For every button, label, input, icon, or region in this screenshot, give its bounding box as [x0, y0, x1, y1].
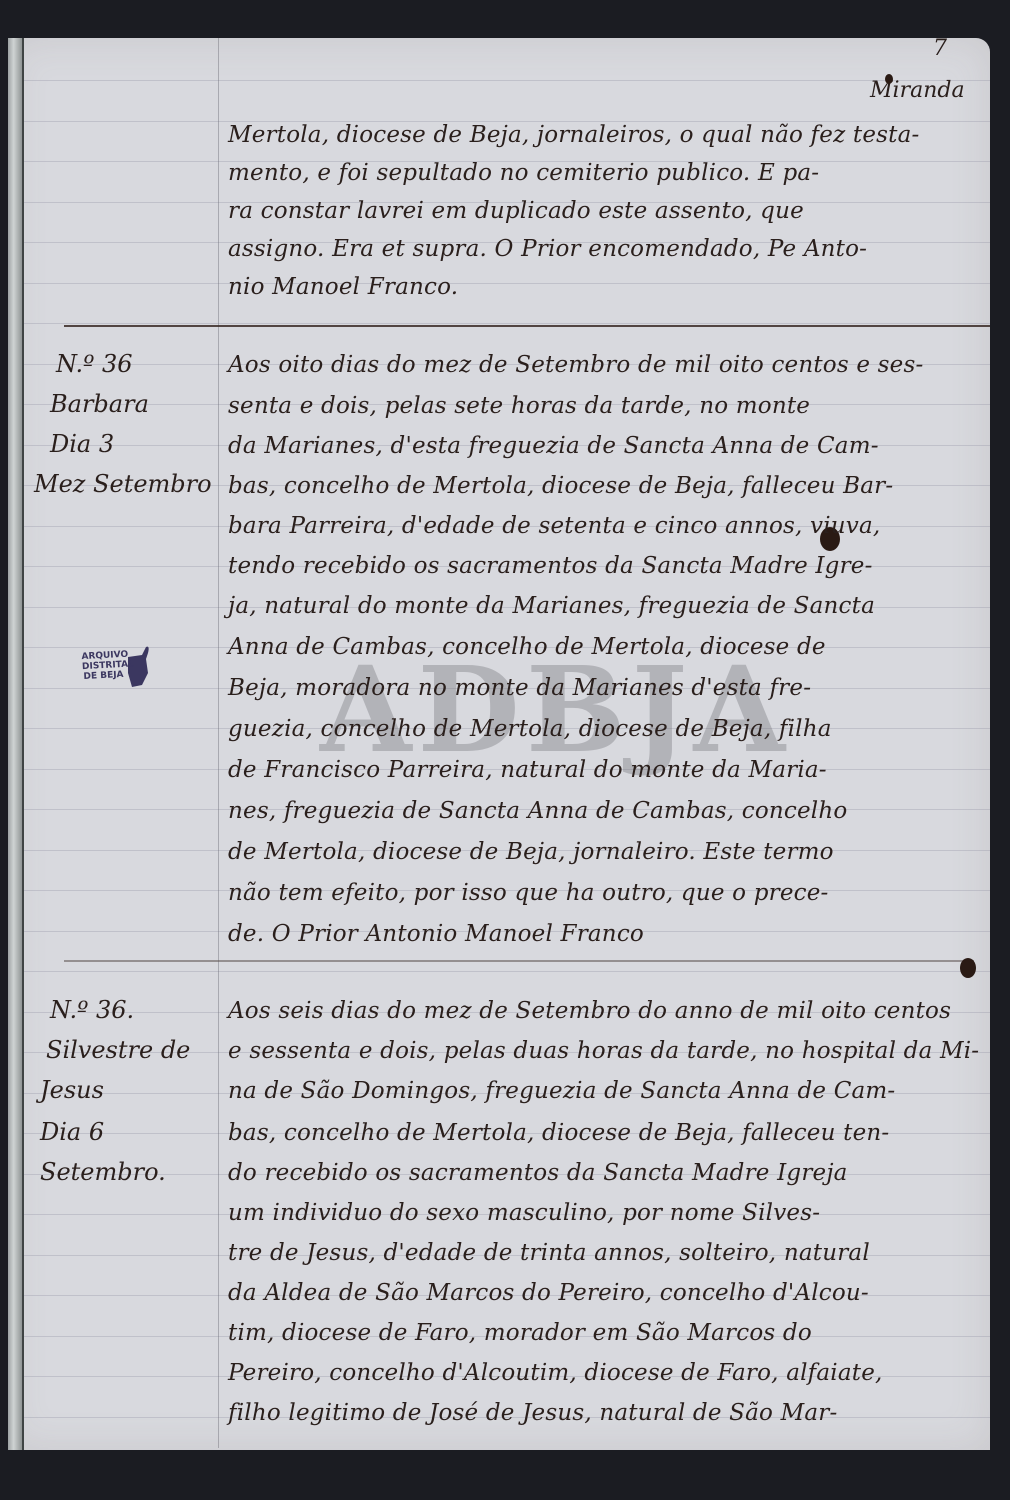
- text-line: da Marianes, d'esta freguezia de Sancta …: [228, 433, 879, 459]
- text-line: da Aldea de São Marcos do Pereiro, conce…: [228, 1280, 869, 1306]
- entry-name: Barbara: [50, 390, 149, 418]
- text-line: Anna de Cambas, concelho de Mertola, dio…: [228, 634, 826, 660]
- header-name: Miranda: [870, 78, 965, 103]
- entry-number: N.º 36.: [50, 996, 134, 1024]
- book-binding-edge: [8, 38, 22, 1450]
- text-line: assigno. Era et supra. O Prior encomenda…: [228, 236, 867, 262]
- entry-number: N.º 36: [56, 350, 133, 378]
- section-divider: [64, 325, 990, 327]
- text-line: bas, concelho de Mertola, diocese de Bej…: [228, 473, 893, 499]
- text-line: filho legitimo de José de Jesus, natural…: [228, 1400, 837, 1426]
- ruled-line: [24, 80, 990, 81]
- text-line: tim, diocese de Faro, morador em São Mar…: [228, 1320, 812, 1346]
- text-line: de Francisco Parreira, natural do monte …: [228, 757, 827, 783]
- text-line: na de São Domingos, freguezia de Sancta …: [228, 1078, 895, 1104]
- text-line: ja, natural do monte da Marianes, fregue…: [228, 593, 875, 619]
- text-line: e sessenta e dois, pelas duas horas da t…: [228, 1038, 979, 1064]
- text-line: nio Manoel Franco.: [228, 274, 458, 300]
- entry-name-cont: Jesus: [40, 1076, 104, 1104]
- archive-stamp: ARQUIVO DISTRITAL DE BEJA: [82, 640, 162, 692]
- ink-blot: [960, 958, 976, 978]
- text-line: bara Parreira, d'edade de setenta e cinc…: [228, 513, 880, 539]
- text-line: Pereiro, concelho d'Alcoutim, diocese de…: [228, 1360, 883, 1386]
- text-line: mento, e foi sepultado no cemiterio publ…: [228, 160, 819, 186]
- text-line: senta e dois, pelas sete horas da tarde,…: [228, 393, 810, 419]
- entry-name: Silvestre de: [46, 1036, 190, 1064]
- margin-line: [218, 38, 219, 1448]
- page-number: 7: [933, 36, 947, 61]
- text-line: guezia, concelho de Mertola, diocese de …: [228, 716, 832, 742]
- text-line: do recebido os sacramentos da Sancta Mad…: [228, 1160, 848, 1186]
- text-line: Aos oito dias do mez de Setembro de mil …: [228, 352, 923, 378]
- ruled-line: [24, 971, 990, 972]
- text-line: tre de Jesus, d'edade de trinta annos, s…: [228, 1240, 870, 1266]
- ink-blot: [885, 74, 893, 84]
- text-line: Beja, moradora no monte da Marianes d'es…: [228, 675, 811, 701]
- text-line: tendo recebido os sacramentos da Sancta …: [228, 553, 873, 579]
- entry-month: Setembro.: [40, 1158, 166, 1186]
- entry-day: Dia 3: [50, 430, 114, 458]
- entry-day: Dia 6: [40, 1118, 104, 1146]
- text-line: não tem efeito, por isso que ha outro, q…: [228, 880, 829, 906]
- text-line: Mertola, diocese de Beja, jornaleiros, o…: [228, 122, 920, 148]
- entry-month: Mez Setembro: [34, 470, 212, 498]
- text-line: de. O Prior Antonio Manoel Franco: [228, 921, 644, 947]
- text-line: bas, concelho de Mertola, diocese de Bej…: [228, 1120, 889, 1146]
- text-line: de Mertola, diocese de Beja, jornaleiro.…: [228, 839, 834, 865]
- stamp-text: ARQUIVO DISTRITAL DE BEJA: [81, 650, 125, 682]
- text-line: um individuo do sexo masculino, por nome…: [228, 1200, 820, 1226]
- ruled-line: [24, 323, 990, 324]
- stamp-line: DE BEJA: [82, 670, 124, 682]
- section-divider: [64, 960, 974, 962]
- text-line: nes, freguezia de Sancta Anna de Cambas,…: [228, 798, 847, 824]
- ruled-line: [24, 283, 990, 284]
- text-line: ra constar lavrei em duplicado este asse…: [228, 198, 804, 224]
- text-line: Aos seis dias do mez de Setembro do anno…: [228, 998, 951, 1024]
- binding-line: [22, 38, 24, 1450]
